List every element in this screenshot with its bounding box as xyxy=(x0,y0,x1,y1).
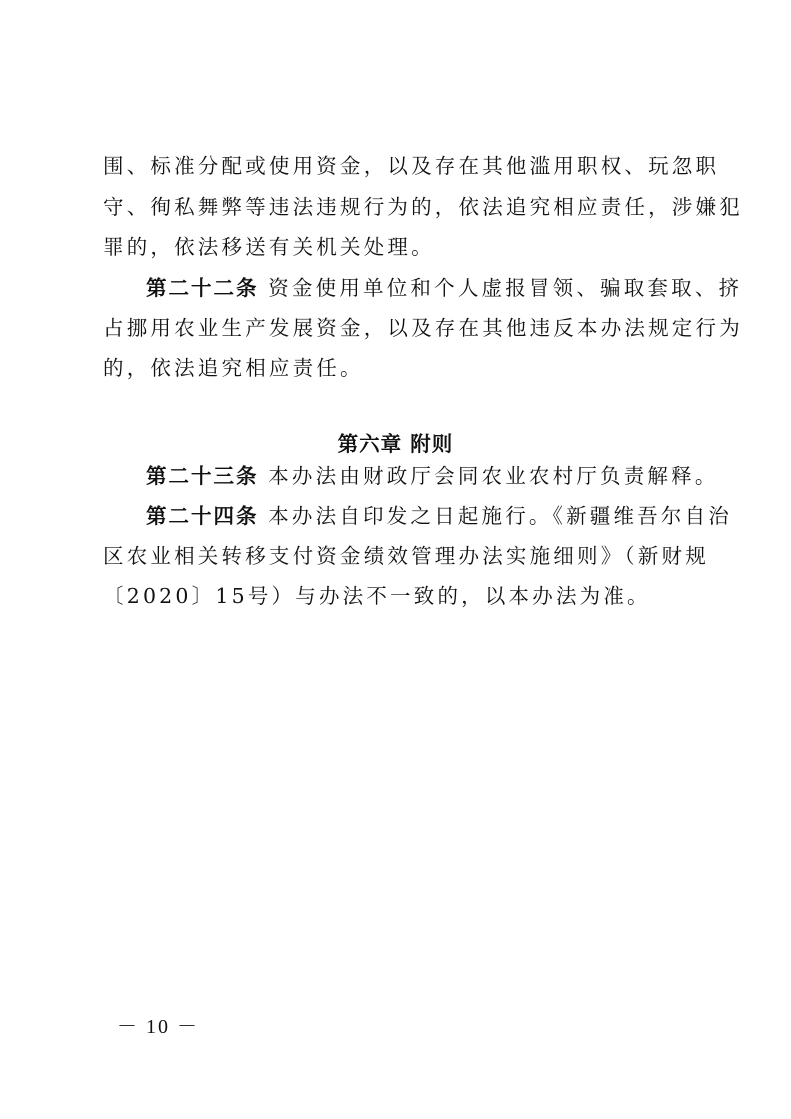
document-page: 围、标准分配或使用资金，以及存在其他滥用职权、玩忽职 守、徇私舞弊等违法违规行为… xyxy=(0,0,791,1119)
paragraph-line: 的，依法追究相应责任。 xyxy=(103,354,693,382)
paragraph-line: 区农业相关转移支付资金绩效管理办法实施细则》（新财规 xyxy=(103,542,693,570)
article-label: 第二十二条 xyxy=(146,276,259,300)
article-text: 资金使用单位和个人虚报冒领、骗取套取、挤 xyxy=(259,276,743,300)
article-22-line: 第二十二条 资金使用单位和个人虚报冒领、骗取套取、挤 xyxy=(146,274,736,302)
article-24-line: 第二十四条 本办法自印发之日起施行。《新疆维吾尔自治 xyxy=(146,502,736,530)
article-text: 本办法自印发之日起施行。《新疆维吾尔自治 xyxy=(259,504,732,528)
page-number: － 10 － xyxy=(117,1010,199,1039)
article-text: 本办法由财政厅会同农业农村厅负责解释。 xyxy=(259,464,719,488)
article-label: 第二十四条 xyxy=(146,504,259,528)
article-label: 第二十三条 xyxy=(146,464,259,488)
paragraph-line: 罪的，依法移送有关机关处理。 xyxy=(103,233,693,261)
paragraph-line: 〔2020〕15号）与办法不一致的，以本办法为准。 xyxy=(103,582,693,610)
paragraph-line: 占挪用农业生产发展资金，以及存在其他违反本办法规定行为 xyxy=(103,314,693,342)
chapter-heading: 第六章 附则 xyxy=(0,427,791,457)
paragraph-line: 守、徇私舞弊等违法违规行为的，依法追究相应责任，涉嫌犯 xyxy=(103,193,693,221)
paragraph-line: 围、标准分配或使用资金，以及存在其他滥用职权、玩忽职 xyxy=(103,152,693,180)
article-23-line: 第二十三条 本办法由财政厅会同农业农村厅负责解释。 xyxy=(146,462,736,490)
